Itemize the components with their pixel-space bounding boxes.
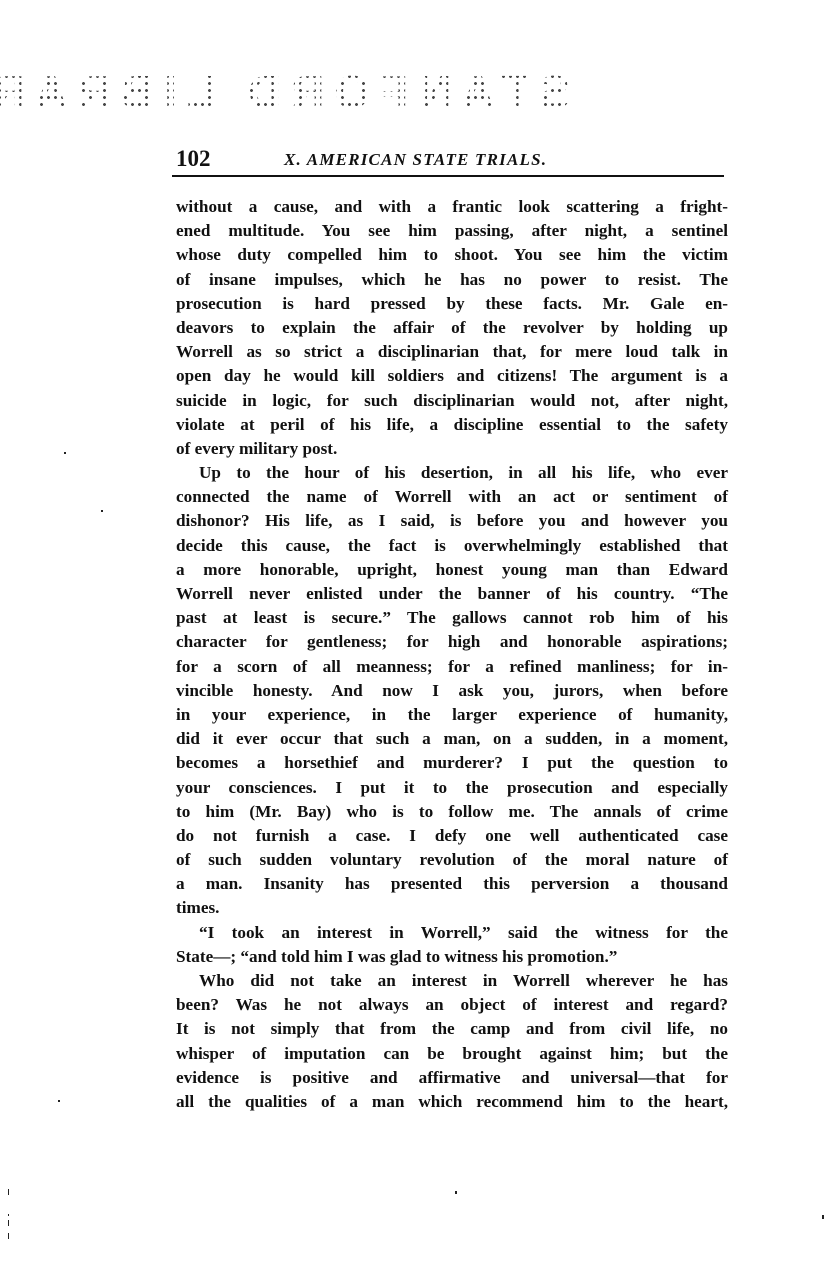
running-head: X. AMERICAN STATE TRIALS. [284,146,547,174]
stamp-text: STANFORD LIBRARY [0,66,570,118]
text-line: your consciences. I put it to the prosec… [176,776,728,800]
paragraph-start-line: “I took an interest in Worrell,” said th… [176,921,728,945]
scan-speck [101,510,103,512]
text-line: character for gentleness; for high and h… [176,630,728,654]
text-line: connected the name of Worrell with an ac… [176,485,728,509]
text-line: dishonor? His life, as I said, is before… [176,509,728,533]
text-line: all the qualities of a man which recomme… [176,1090,728,1114]
text-line: of such sudden voluntary revolution of t… [176,848,728,872]
text-line: of insane impulses, which he has no powe… [176,268,728,292]
library-perforation-stamp: STANFORD LIBRARY [100,68,570,116]
scan-speck [455,1191,457,1194]
text-line: Worrell as so strict a disciplinarian th… [176,340,728,364]
scan-speck [8,1220,9,1226]
text-line: ened multitude. You see him passing, aft… [176,219,728,243]
text-line: suicide in logic, for such disciplinaria… [176,389,728,413]
header-rule [172,175,724,177]
text-line: deavors to explain the affair of the rev… [176,316,728,340]
body-text: without a cause, and with a frantic look… [176,195,728,1114]
page-header: 102 X. AMERICAN STATE TRIALS. [176,143,728,175]
text-line: vincible honesty. And now I ask you, jur… [176,679,728,703]
text-line: State—; “and told him I was glad to witn… [176,945,728,969]
scan-speck [8,1189,9,1195]
text-line: without a cause, and with a frantic look… [176,195,728,219]
paragraph-start-line: Who did not take an interest in Worrell … [176,969,728,993]
page-number: 102 [176,145,211,173]
scan-speck [8,1214,9,1216]
text-line: evidence is positive and affirmative and… [176,1066,728,1090]
text-line: violate at peril of his life, a discipli… [176,413,728,437]
scan-speck [822,1215,824,1219]
text-line: whisper of imputation can be brought aga… [176,1042,728,1066]
text-line: in your experience, in the larger experi… [176,703,728,727]
text-line: times. [176,896,728,920]
text-line: open day he would kill soldiers and citi… [176,364,728,388]
text-line: Worrell never enlisted under the banner … [176,582,728,606]
text-line: do not furnish a case. I defy one well a… [176,824,728,848]
text-line: been? Was he not always an object of int… [176,993,728,1017]
text-line: whose duty compelled him to shoot. You s… [176,243,728,267]
scan-speck [58,1100,60,1102]
text-line: past at least is secure.” The gallows ca… [176,606,728,630]
text-line: prosecution is hard pressed by these fac… [176,292,728,316]
text-line: did it ever occur that such a man, on a … [176,727,728,751]
text-line: a man. Insanity has presented this perve… [176,872,728,896]
text-line: a more honorable, upright, honest young … [176,558,728,582]
text-line: of every military post. [176,437,728,461]
text-line: for a scorn of all meanness; for a refin… [176,655,728,679]
text-line: becomes a horsethief and murderer? I put… [176,751,728,775]
text-line: It is not simply that from the camp and … [176,1017,728,1041]
paragraph-start-line: Up to the hour of his desertion, in all … [176,461,728,485]
text-line: to him (Mr. Bay) who is to follow me. Th… [176,800,728,824]
scan-speck [8,1233,9,1239]
scan-speck [64,452,66,454]
text-line: decide this cause, the fact is overwhelm… [176,534,728,558]
